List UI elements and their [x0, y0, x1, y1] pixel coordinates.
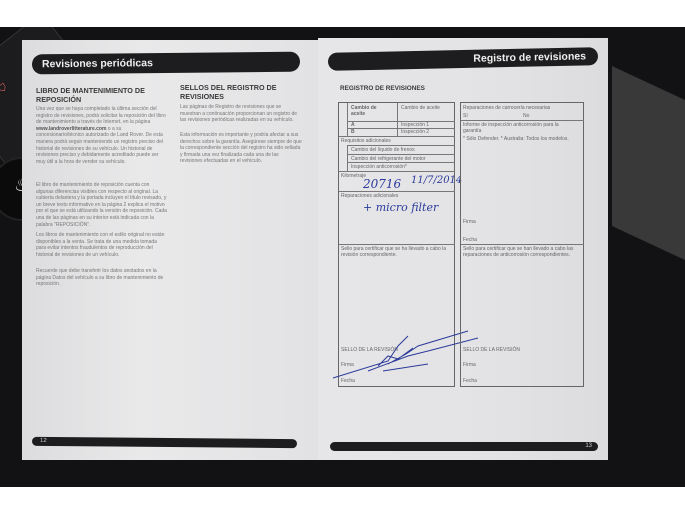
handwritten-signature: [328, 326, 478, 386]
replacement-book-title: LIBRO DE MANTENIMIENTO DE REPOSICIÓN: [36, 87, 176, 104]
date-label: Fecha: [463, 237, 477, 243]
car-lock-icon: ⛉: [0, 82, 9, 95]
page-footer-bar: 12: [32, 437, 297, 448]
no-option: No: [523, 113, 529, 119]
page-number: 13: [585, 443, 592, 449]
stamps-title: SELLOS DEL REGISTRO DE REVISIONES: [180, 84, 310, 101]
service-date-value: 11/7/2014: [411, 175, 462, 186]
section-header: Revisiones periódicas: [42, 57, 153, 70]
row-a: A: [351, 122, 355, 128]
mileage-value: 20716: [363, 177, 401, 191]
oil-change-column: Cambio de aceite: [401, 105, 440, 111]
footnote: * Sólo Defender. * Australia: Todos los …: [463, 136, 583, 142]
brake-fluid-change: Cambio del líquido de frenos: [351, 147, 415, 153]
additional-repairs-label: Reparaciones adicionales: [341, 193, 398, 199]
seat-reflection: [612, 66, 685, 268]
yes-option: Sí: [463, 113, 468, 119]
body-repairs-needed: Reparaciones de carrocería necesarias: [463, 105, 550, 111]
left-page: Revisiones periódicas LIBRO DE MANTENIMI…: [22, 40, 320, 460]
anticorrosion-report: Informe de inspección anticorrosión para…: [463, 122, 573, 134]
section-header: Registro de revisiones: [473, 50, 586, 64]
anticorrosion-stamp-note: Sello para certificar que se han llevado…: [463, 246, 581, 258]
additional-requirements: Requisitos adicionales: [341, 138, 391, 144]
signature-label: Firma: [463, 219, 476, 225]
stamps-para-2: Esta información es importante y podría …: [180, 132, 302, 165]
replacement-book-para-2: El libro de mantenimiento de reposición …: [36, 182, 168, 228]
date-label-2: Fecha: [463, 378, 477, 384]
section-header-bar: Revisiones periódicas: [32, 52, 300, 75]
stamp-label: SELLO DE LA REVISIÓN: [463, 347, 520, 353]
page-footer-bar: 13: [330, 442, 598, 451]
inspection-2: Inspección 2: [401, 129, 429, 135]
additional-repairs-value: + micro filter: [363, 201, 438, 214]
replacement-book-para-4: Recuerde que debe transferir los datos a…: [36, 268, 168, 288]
section-header-bar: Registro de revisiones: [328, 47, 598, 71]
inspection-1: Inspección 1: [401, 122, 429, 128]
page-number: 12: [40, 438, 47, 444]
service-record-title: REGISTRO DE REVISIONES: [340, 85, 425, 94]
oil-change-label: Cambio de aceite: [351, 105, 391, 117]
website-link[interactable]: www.landroverlitterature.com: [36, 126, 106, 132]
stamp-note: Sello para certificar que se ha llevado …: [341, 246, 451, 258]
replacement-book-para-1: Una vez que se haya completado la última…: [36, 106, 168, 165]
row-b: B: [351, 129, 355, 135]
right-page: Registro de revisiones REGISTRO DE REVIS…: [318, 38, 608, 460]
replacement-book-para-3: Los libros de mantenimiento con el estil…: [36, 232, 168, 258]
body-repairs-box: Reparaciones de carrocería necesarias Sí…: [460, 102, 584, 387]
anticorrosion-inspection: Inspección anticorrosión*: [351, 164, 407, 170]
signature-label-2: Firma: [463, 362, 476, 368]
stamps-para-1: Las páginas de Registro de revisiones qu…: [180, 104, 302, 124]
